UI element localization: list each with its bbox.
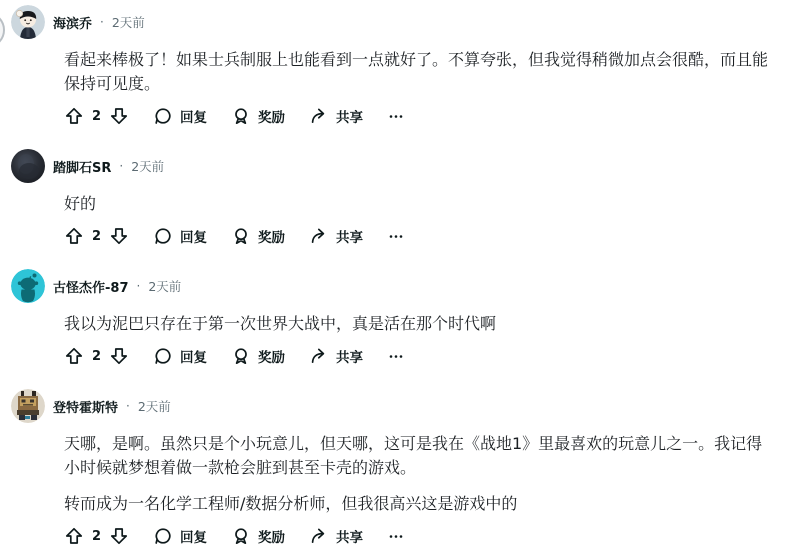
share-label: 共享 [336,226,363,246]
reply-button[interactable]: 回复 [153,106,207,126]
upvote-icon [64,106,84,126]
award-button[interactable]: 奖励 [231,346,285,366]
comment-1-body: 看起来棒极了！如果士兵制服上也能看到一点就好了。不算夸张，但我觉得稍微加点会很酷… [64,48,771,96]
share-button[interactable]: 共享 [309,346,363,366]
vote-group: 2 [64,106,129,126]
comment-text: 看起来棒极了！如果士兵制服上也能看到一点就好了。不算夸张，但我觉得稍微加点会很酷… [64,48,771,96]
comment-timestamp: 2天前 [148,277,181,295]
share-label: 共享 [336,346,363,366]
comment-timestamp: 2天前 [112,13,145,31]
upvote-button[interactable] [64,106,84,126]
reply-label: 回复 [180,106,207,126]
vote-count: 2 [92,229,101,244]
comment-text: 好的 [64,192,771,216]
vote-group: 2 [64,226,129,246]
award-medal-icon [231,526,251,546]
username-link[interactable]: 踏脚石SR [53,157,111,176]
award-label: 奖励 [258,226,285,246]
comment-text: 转而成为一名化学工程师/数据分析师，但我很高兴这是游戏中的 [64,492,771,516]
reply-label: 回复 [180,526,207,546]
downvote-icon [109,346,129,366]
comment-2-actions: 2 回复 奖励 共享 [64,224,800,248]
comment-3: 古怪杰作-87 · 2天前 我以为泥巴只存在于第一次世界大战中，真是活在那个时代… [11,269,800,368]
avatar-cartoon-boy[interactable] [11,5,45,39]
ellipsis-icon [387,227,405,245]
vote-count: 2 [92,349,101,364]
downvote-icon [109,106,129,126]
username-link[interactable]: 古怪杰作-87 [53,277,129,296]
award-medal-icon [231,106,251,126]
comment-thread-page: 海滨乔 · 2天前 看起来棒极了！如果士兵制服上也能看到一点就好了。不算夸张，但… [0,0,800,556]
reply-label: 回复 [180,226,207,246]
share-button[interactable]: 共享 [309,106,363,126]
avatar-teal-snoo[interactable] [11,269,45,303]
downvote-button[interactable] [109,526,129,546]
award-label: 奖励 [258,526,285,546]
cutoff-avatar-sliver [0,12,5,48]
upvote-icon [64,346,84,366]
award-button[interactable]: 奖励 [231,106,285,126]
reply-bubble-icon [153,106,173,126]
reply-button[interactable]: 回复 [153,346,207,366]
more-options-button[interactable] [387,227,405,245]
comment-timestamp: 2天前 [131,157,164,175]
comment-2-header: 踏脚石SR · 2天前 [11,149,800,183]
upvote-icon [64,226,84,246]
ellipsis-icon [387,347,405,365]
award-label: 奖励 [258,346,285,366]
username-link[interactable]: 登特霍斯特 [53,397,118,416]
reply-button[interactable]: 回复 [153,226,207,246]
downvote-icon [109,226,129,246]
vote-group: 2 [64,526,129,546]
comment-text: 我以为泥巴只存在于第一次世界大战中，真是活在那个时代啊 [64,312,771,336]
comment-4-actions: 2 回复 奖励 共享 [64,524,800,548]
comment-3-actions: 2 回复 奖励 共享 [64,344,800,368]
vote-count: 2 [92,529,101,544]
share-arrow-icon [309,346,329,366]
share-arrow-icon [309,106,329,126]
comment-1-actions: 2 回复 奖励 共享 [64,104,800,128]
share-button[interactable]: 共享 [309,226,363,246]
upvote-button[interactable] [64,526,84,546]
meta-separator: · [119,159,123,173]
avatar-pixel-robot[interactable] [11,389,45,423]
more-options-button[interactable] [387,107,405,125]
award-medal-icon [231,226,251,246]
comment-3-header: 古怪杰作-87 · 2天前 [11,269,800,303]
downvote-button[interactable] [109,226,129,246]
avatar-dark-photo[interactable] [11,149,45,183]
upvote-button[interactable] [64,226,84,246]
reply-bubble-icon [153,346,173,366]
share-button[interactable]: 共享 [309,526,363,546]
vote-count: 2 [92,109,101,124]
award-button[interactable]: 奖励 [231,526,285,546]
reply-bubble-icon [153,226,173,246]
ellipsis-icon [387,527,405,545]
reply-label: 回复 [180,346,207,366]
downvote-button[interactable] [109,106,129,126]
meta-separator: · [100,15,104,29]
share-arrow-icon [309,526,329,546]
downvote-icon [109,526,129,546]
award-button[interactable]: 奖励 [231,226,285,246]
share-arrow-icon [309,226,329,246]
comment-1: 海滨乔 · 2天前 看起来棒极了！如果士兵制服上也能看到一点就好了。不算夸张，但… [11,5,800,128]
award-medal-icon [231,346,251,366]
comment-2-body: 好的 [64,192,771,216]
downvote-button[interactable] [109,346,129,366]
upvote-icon [64,526,84,546]
reply-button[interactable]: 回复 [153,526,207,546]
comment-4-header: 登特霍斯特 · 2天前 [11,389,800,423]
more-options-button[interactable] [387,527,405,545]
upvote-button[interactable] [64,346,84,366]
share-label: 共享 [336,526,363,546]
username-link[interactable]: 海滨乔 [53,13,92,32]
comment-4-body: 天哪，是啊。虽然只是个小玩意儿，但天哪，这可是我在《战地1》里最喜欢的玩意儿之一… [64,432,771,516]
award-label: 奖励 [258,106,285,126]
comment-timestamp: 2天前 [138,397,171,415]
meta-separator: · [137,279,141,293]
comment-2: 踏脚石SR · 2天前 好的 2 回复 奖励 [11,149,800,248]
comment-text: 天哪，是啊。虽然只是个小玩意儿，但天哪，这可是我在《战地1》里最喜欢的玩意儿之一… [64,432,771,480]
ellipsis-icon [387,107,405,125]
vote-group: 2 [64,346,129,366]
more-options-button[interactable] [387,347,405,365]
share-label: 共享 [336,106,363,126]
comment-4: 登特霍斯特 · 2天前 天哪，是啊。虽然只是个小玩意儿，但天哪，这可是我在《战地… [11,389,800,548]
reply-bubble-icon [153,526,173,546]
comment-3-body: 我以为泥巴只存在于第一次世界大战中，真是活在那个时代啊 [64,312,771,336]
meta-separator: · [126,399,130,413]
comment-1-header: 海滨乔 · 2天前 [11,5,800,39]
